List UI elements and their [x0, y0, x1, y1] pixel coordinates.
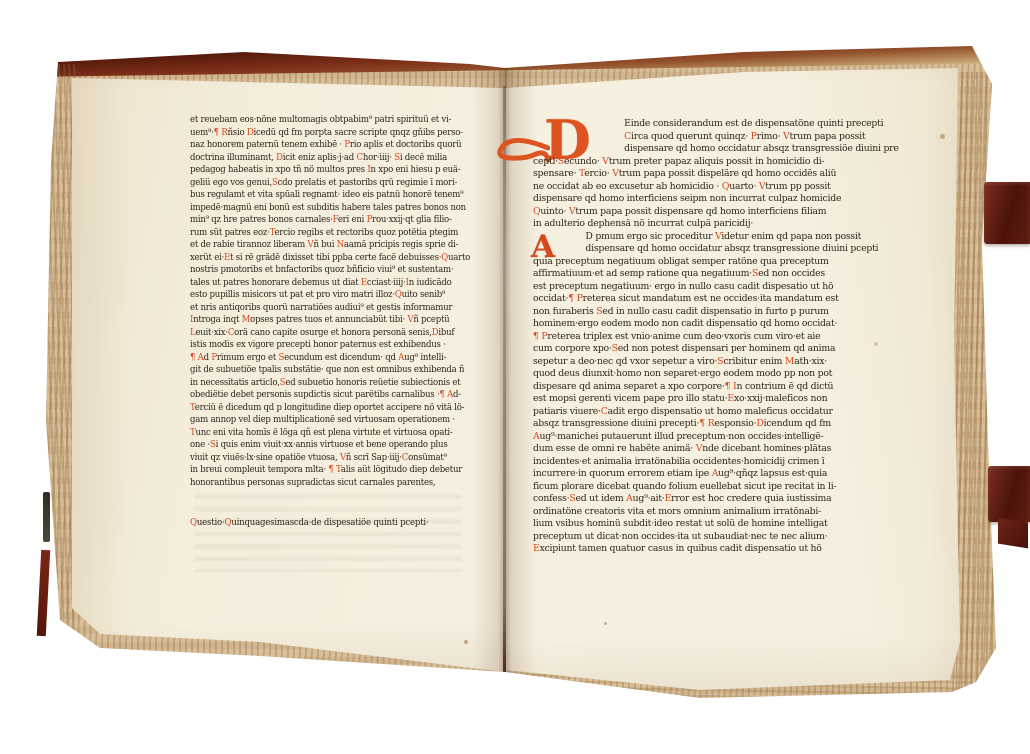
left-clasp-remnant [43, 492, 50, 542]
black-text: preceptum ut dicat·non occides·ita ut su… [533, 531, 827, 542]
text-line: viuit qz viuēs·lx·sine opatiöe vtuosa, V… [190, 452, 470, 465]
black-text: d- [453, 390, 461, 400]
text-line: est preceptum negatiuum· ergo in nullo c… [533, 281, 899, 294]
black-text: honorantibus personas supradictas sicut … [190, 478, 435, 488]
black-text: xerüt ei· [190, 253, 224, 263]
black-text: n iudicädo [409, 278, 452, 288]
black-text: spensare· [533, 168, 579, 179]
text-line: pedagog habeatis in xpo tñ nö multos pre… [190, 164, 470, 177]
black-text: opses patres tuos et annunciabüt tibi· [250, 315, 407, 325]
text-line: impedē·magnü eni bonü est subditis haber… [190, 202, 470, 215]
text-line: geliü ego vos genui,Scdo prelatis et pas… [190, 177, 470, 190]
black-text: rio aplis et doctoribs quorü [350, 140, 462, 150]
rubric-red-text: ¶ A [190, 353, 204, 363]
text-line: tales ut patres honorare debemus ut diat… [190, 277, 470, 290]
black-text: cum corpore xpo· [533, 343, 612, 354]
black-text: trum papa possit dispensare qd homo inte… [575, 206, 826, 217]
foxing-spot [604, 622, 607, 625]
black-text: nde dicebant homines·plätas [702, 443, 831, 454]
right-page-text: Einde considerandum est de dispensatöne … [533, 118, 899, 556]
black-text: D pmum ergo sic proceditur [585, 231, 715, 242]
text-line: naz honorem paternü tenem exhibē · Prio … [190, 139, 470, 152]
text-line: git de subuetiöe tpalis substätie· que n… [190, 364, 470, 377]
black-text: xo·xxij·maleficos non [734, 393, 827, 404]
black-text: absqz transgressione diuini precepti· [533, 418, 699, 429]
clasp-strap-tail [998, 518, 1028, 549]
text-line: dispesare qd anima separet a xpo corpore… [533, 381, 899, 394]
black-text: onsümat⁹ [408, 453, 447, 463]
text-line: D pmum ergo sic proceditur Videtur enim … [585, 231, 898, 244]
text-line: Circa quod querunt quinqz· Primo· Vtrum … [624, 131, 898, 144]
foxing-spot [940, 134, 945, 139]
black-text: hominem·ergo eodem modo non cadit dispen… [533, 318, 837, 329]
rubric-red-text: ¶ P [568, 293, 582, 304]
right-fore-edge [956, 72, 996, 690]
black-text: t si rē grädē dixisset tibi ppba certe f… [230, 253, 441, 263]
rubric-red-text: Q [224, 518, 231, 528]
black-text: ath·xix· [794, 356, 827, 367]
black-text: trum papa possit dispeläre qd homo occid… [619, 168, 836, 179]
black-text: eri eni [338, 215, 367, 225]
black-text: uestio· [197, 518, 225, 528]
rubric-red-text: ¶ I [725, 381, 737, 392]
headband [464, 49, 528, 66]
black-text: cdo prelatis et pastoribs qrü regimie ī … [278, 178, 458, 188]
black-text: sepetur a deo·nec qd vxor sepetur a viro… [533, 356, 717, 367]
text-line: Tunc eni vita homīs ē löga qñ est plena … [190, 427, 470, 440]
black-text: non furaberis [533, 306, 596, 317]
black-text: occidat· [533, 293, 568, 304]
black-text: trum preter papaz aliquis possit in homi… [609, 156, 825, 167]
clasp-strap-top [984, 182, 1030, 244]
black-text: affirmatiuum·et ad semp ratione qua nega… [533, 268, 752, 279]
black-text: quod deus diunxit·homo non separet·ergo … [533, 368, 832, 379]
black-text: erciü ē dicedum qd p longitudine diep op… [195, 403, 464, 413]
black-text: istis modis ex vigore precepti honor pat… [190, 340, 446, 350]
text-line: dispensare qd homo interficiens seipm no… [533, 193, 899, 206]
text-line: rum süt patres eoz·Tercio regibs et rect… [190, 227, 470, 240]
black-text: rimum ergo et [217, 353, 279, 363]
black-text: i quis enim viuit·xx·annis virtuose et b… [216, 440, 448, 450]
black-text: reterea triplex est vnio·anime cum deo·v… [547, 331, 820, 342]
black-text: ed non potest dispensari per hominem qd … [618, 343, 836, 354]
text-line: Terciü ē dicedum qd p longitudine diep o… [190, 402, 470, 415]
rubric-red-text: N [337, 240, 344, 250]
black-text: Einde considerandum est de dispensatöne … [624, 118, 883, 129]
black-text: gam annop vel diep multiplicationē sed v… [190, 415, 455, 425]
black-text: viuit qz viuēs·lx·sine opatiöe vtuosa, [190, 453, 340, 463]
rubric-red-text: ¶ P [533, 331, 547, 342]
text-line: obediëtie debet personis supdictis sicut… [190, 389, 470, 402]
black-text: cepti· [533, 156, 558, 167]
rubric-red-text: ¶ R [214, 128, 228, 138]
black-text: uem⁹· [190, 128, 214, 138]
rubric-red-text: Q [441, 253, 448, 263]
black-text: geliü ego vos genui, [190, 178, 272, 188]
black-text: ñ bui [313, 240, 336, 250]
verso-show-through [194, 494, 462, 572]
text-line: Introga inqt Mopses patres tuos et annun… [190, 314, 470, 327]
black-text: orä cano capite osurge et honora personä… [234, 328, 432, 338]
black-text: in necessitatis articlo, [190, 378, 280, 388]
black-text: uarto [448, 253, 470, 263]
rubric-red-text: ¶ A [439, 390, 453, 400]
black-text: impedē·magnü eni bonü est subditis haber… [190, 203, 466, 213]
photo-background: { "palette": { "background_white": "#fff… [0, 0, 1030, 754]
black-text: est preceptum negatiuum· ergo in nullo c… [533, 281, 833, 292]
black-text: icit eniz aplis·j·ad [283, 153, 357, 163]
black-text: n contrium ē qd dictü [736, 381, 833, 392]
black-text: ne occidat ab eo excusetur ab homicidio … [533, 181, 722, 192]
black-text: esto pupillis misicors ut pat et pro vir… [190, 290, 395, 300]
black-text: ed subuetio honoris reüetie subiectionis… [285, 378, 460, 388]
text-line: est mopsi gerenti vicem pape pro illo st… [533, 393, 899, 406]
text-line: uem⁹·¶ Rñsio Dicedü qd fm porpta sacre s… [190, 127, 470, 140]
black-text: trum pp possit [765, 181, 830, 192]
black-text: aamä pricipis regis sprie di- [344, 240, 458, 250]
black-text: euit·xix· [195, 328, 227, 338]
text-line: istis modis ex vigore precepti honor pat… [190, 339, 470, 352]
black-text: in adulterio dephensä nö incurrat culpä … [533, 218, 753, 229]
rubric-red-text: D [276, 153, 283, 163]
black-text: ed non occides [758, 268, 825, 279]
black-text: ug⁹·qñqz lapsus est·quia [718, 468, 827, 479]
black-text: dum esse de omni re habēte animä· [533, 443, 696, 454]
text-line: et de rabie tirannoz liberam Vñ bui Naam… [190, 239, 470, 252]
text-line: confess·Sed ut idem Aug⁹·ait·Error est h… [533, 493, 899, 506]
text-line: patiaris viuere·Cadit ergo dispensatio u… [533, 406, 899, 419]
text-line: dispensare qd homo occidatur absqz trans… [585, 243, 898, 256]
text-line: non furaberis Sed in nullo casu cadit di… [533, 306, 899, 319]
black-text: ug⁹ intelli- [404, 353, 446, 363]
black-text: et nris antiqoribs quorü narratiöes audi… [190, 303, 452, 313]
black-text: ordinatöne creatoris vita et mors omnium… [533, 506, 821, 517]
black-text: one · [190, 440, 210, 450]
text-line: dispensare qd homo occidatur absqz trans… [624, 143, 898, 156]
black-text: pedagog habeatis in xpo tñ nö multos pre… [190, 165, 367, 175]
foxing-spot [874, 342, 878, 346]
text-line: esto pupillis misicors ut pat et pro vir… [190, 289, 470, 302]
text-line: bus regulamt et vita spūali regnamt· ide… [190, 189, 470, 202]
text-line: Excipiunt tamen quatuor casus in quibus … [533, 543, 899, 556]
rubric-red-text: M [785, 356, 794, 367]
black-text: icendum qd fm [764, 418, 831, 429]
text-line: in breui compleuit tempora mlta· ¶ Talis… [190, 464, 470, 477]
black-text: git de subuetiöe tpalis substätie· que n… [190, 365, 464, 375]
black-text: ercio regibs et rectoribs quoz potëtia p… [274, 228, 458, 238]
black-text: irca quod querunt quinqz· [631, 131, 751, 142]
black-text: cribitur enim [723, 356, 785, 367]
black-text: obediëtie debet personis supdictis sicut… [190, 390, 439, 400]
black-text: doctrina illuminamt, [190, 153, 276, 163]
black-text: uarto· [729, 181, 759, 192]
text-line: Leuit·xix·Corä cano capite osurge et hon… [190, 327, 470, 340]
text-line: ordinatöne creatoris vita et mors omnium… [533, 506, 899, 519]
text-line: occidat·¶ Preterea sicut mandatum est ne… [533, 293, 899, 306]
text-line: ¶ Ad Primum ergo et Secundum est dicendu… [190, 352, 470, 365]
text-line: quod deus diunxit·homo non separet·ergo … [533, 368, 899, 381]
black-text: ug⁹·manichei putauerunt illud preceptum·… [539, 431, 823, 442]
rubric-red-text: ¶ T [328, 465, 340, 475]
black-text: patiaris viuere· [533, 406, 601, 417]
text-line: incurrere·in quorum errorem etiam ipe Au… [533, 468, 899, 481]
black-text: ntroga inqt [193, 315, 241, 325]
text-line: spensare· Tercio· Vtrum papa possit disp… [533, 168, 899, 181]
black-text: rou·xxij·qt glia filio- [372, 215, 452, 225]
rubric-red-text: Q [395, 290, 402, 300]
text-line: absqz transgressione diuini precepti·¶ R… [533, 418, 899, 431]
text-line: doctrina illuminamt, Dicit eniz aplis·j·… [190, 152, 470, 165]
black-text: ed ut idem [575, 493, 626, 504]
foxing-spot [464, 640, 468, 644]
text-line: nostris pmotoribs et bnfactoribs quoz bñ… [190, 264, 470, 277]
black-text: rimo· [757, 131, 783, 142]
left-page-questio-caption: Questio·Quinquagesimascda·de dispesatiöe… [190, 518, 428, 528]
text-line: Einde considerandum est de dispensatöne … [624, 118, 898, 131]
black-text: in breui compleuit tempora mlta· [190, 465, 328, 475]
black-text: uito senib⁹ [402, 290, 446, 300]
text-line: sepetur a deo·nec qd vxor sepetur a viro… [533, 356, 899, 369]
black-text: ecundum est dicendum· qd [284, 353, 398, 363]
rubric-red-text: ¶ R [699, 418, 714, 429]
open-book: et reuebam eos·nöne multomagis obtpabim⁹… [44, 42, 1002, 704]
black-text: alis aüt lögitudo diep debetur [341, 465, 462, 475]
text-line: one ·Si quis enim viuit·xx·annis virtuos… [190, 439, 470, 452]
black-text: ug⁹·ait· [633, 493, 665, 504]
black-text: icedü qd fm porpta sacre scripte qnqz gñ… [253, 128, 462, 138]
black-text: nostris pmotoribs et bnfactoribs quoz bñ… [190, 265, 453, 275]
black-text: rror est hoc credere quia iustissima [671, 493, 831, 504]
black-text: dispensare qd homo interficiens seipm no… [533, 193, 841, 204]
black-text: ñsio [228, 128, 247, 138]
text-line: xerüt ei·Et si rē grädē dixisset tibi pp… [190, 252, 470, 265]
text-line: ficum plorare dicebat quando folium euel… [533, 481, 899, 494]
black-text: lium vsibus hominü subdit·ideo restat ut… [533, 518, 828, 529]
gutter-smudge [480, 678, 534, 693]
text-line: cepti·Secundo· Vtrum preter papaz aliqui… [533, 156, 899, 169]
text-line: min⁹ qz hre patres bonos carnales·Feri e… [190, 214, 470, 227]
black-text: ercio· [584, 168, 612, 179]
left-page-text: et reuebam eos·nöne multomagis obtpabim⁹… [190, 114, 470, 489]
black-text: dispensare qd homo occidatur absqz trans… [624, 143, 898, 154]
black-text: esponsio· [714, 418, 756, 429]
clasp-strap-bottom [988, 466, 1030, 522]
text-line: Quinto· Vtrum papa possit dispensare qd … [533, 206, 899, 219]
text-line: affirmatiuum·et ad semp ratione qua nega… [533, 268, 899, 281]
black-text: ecundo· [564, 156, 602, 167]
text-line: ¶ Preterea triplex est vnio·anime cum de… [533, 331, 899, 344]
text-line: Aug⁹·manichei putauerunt illud preceptum… [533, 431, 899, 444]
black-text: idetur enim qd papa non possit [721, 231, 861, 242]
black-text: i decē milia [400, 153, 447, 163]
rubric-red-text: D [247, 128, 254, 138]
text-line: et reuebam eos·nöne multomagis obtpabim⁹… [190, 114, 470, 127]
rubric-red-text: C [601, 406, 608, 417]
black-text: uinto· [540, 206, 569, 217]
text-line: hominem·ergo eodem modo non cadit dispen… [533, 318, 899, 331]
rubric-red-text: Q [533, 206, 540, 217]
left-board-leather-sliver [37, 550, 50, 636]
black-text: hor·iiij· [363, 153, 394, 163]
text-line: honorantibus personas supradictas sicut … [190, 477, 470, 490]
black-text: est mopsi gerenti vicem pape pro illo st… [533, 393, 727, 404]
black-text: min⁹ qz hre patres bonos carnales· [190, 215, 333, 225]
text-line: lium vsibus hominü subdit·ideo restat ut… [533, 518, 899, 531]
rubric-red-text: D [756, 418, 763, 429]
black-text: incidentes·et animalia irratönabilia occ… [533, 456, 825, 467]
black-text: ed in nullo casu cadit dispensatio in fu… [602, 306, 828, 317]
black-text: unc eni vita homīs ē löga qñ est plena v… [195, 428, 452, 438]
black-text: xcipiunt tamen quatuor casus in quibus c… [540, 543, 822, 554]
black-text: adit ergo dispensatio ut homo maleficus … [608, 406, 833, 417]
black-text: n xpo eni hiesu p euä- [371, 165, 461, 175]
black-text: incurrere·in quorum errorem etiam ipe [533, 468, 712, 479]
black-text: et de rabie tirannoz liberam [190, 240, 308, 250]
black-text: ficum plorare dicebat quando folium euel… [533, 481, 836, 492]
text-line: ne occidat ab eo excusetur ab homicidio … [533, 181, 899, 194]
text-line: gam annop vel diep multiplicationē sed v… [190, 414, 470, 427]
text-line: incidentes·et animalia irratönabilia occ… [533, 456, 899, 469]
black-text: confess· [533, 493, 569, 504]
black-text: rum süt patres eoz· [190, 228, 270, 238]
black-text: uinquagesimascda·de dispesatiöe quinti p… [231, 518, 428, 528]
text-line: dum esse de omni re habēte animä· Vnde d… [533, 443, 899, 456]
text-line: preceptum ut dicat·non occides·ita ut su… [533, 531, 899, 544]
black-text: trum papa possit [790, 131, 866, 142]
black-text: ñ scrī Sap·iiij· [346, 453, 402, 463]
black-text: reterea sicut mandatum est ne occides·it… [583, 293, 839, 304]
text-line: in adulterio dephensä nö incurrat culpä … [533, 218, 899, 231]
black-text: tales ut patres honorare debemus ut diat [190, 278, 361, 288]
black-text: et reuebam eos·nöne multomagis obtpabim⁹… [190, 115, 451, 125]
text-line: cum corpore xpo·Sed non potest dispensar… [533, 343, 899, 356]
black-text: dispesare qd anima separet a xpo corpore… [533, 381, 725, 392]
black-text: ñ pceptü [413, 315, 449, 325]
black-text: bus regulamt et vita spūali regnamt· ide… [190, 190, 463, 200]
text-line: et nris antiqoribs quorü narratiöes audi… [190, 302, 470, 315]
black-text: dispensare qd homo occidatur absqz trans… [585, 243, 878, 254]
gutter-line [503, 86, 506, 676]
text-line: quia preceptum negatiuum obligat semper … [533, 256, 899, 269]
black-text: ibuf [438, 328, 454, 338]
black-text: cciast·iiij· [367, 278, 406, 288]
text-line: in necessitatis articlo,Sed subuetio hon… [190, 377, 470, 390]
black-text: quia preceptum negatiuum obligat semper … [533, 256, 829, 267]
black-text: naz honorem paternü tenem exhibē · [190, 140, 344, 150]
